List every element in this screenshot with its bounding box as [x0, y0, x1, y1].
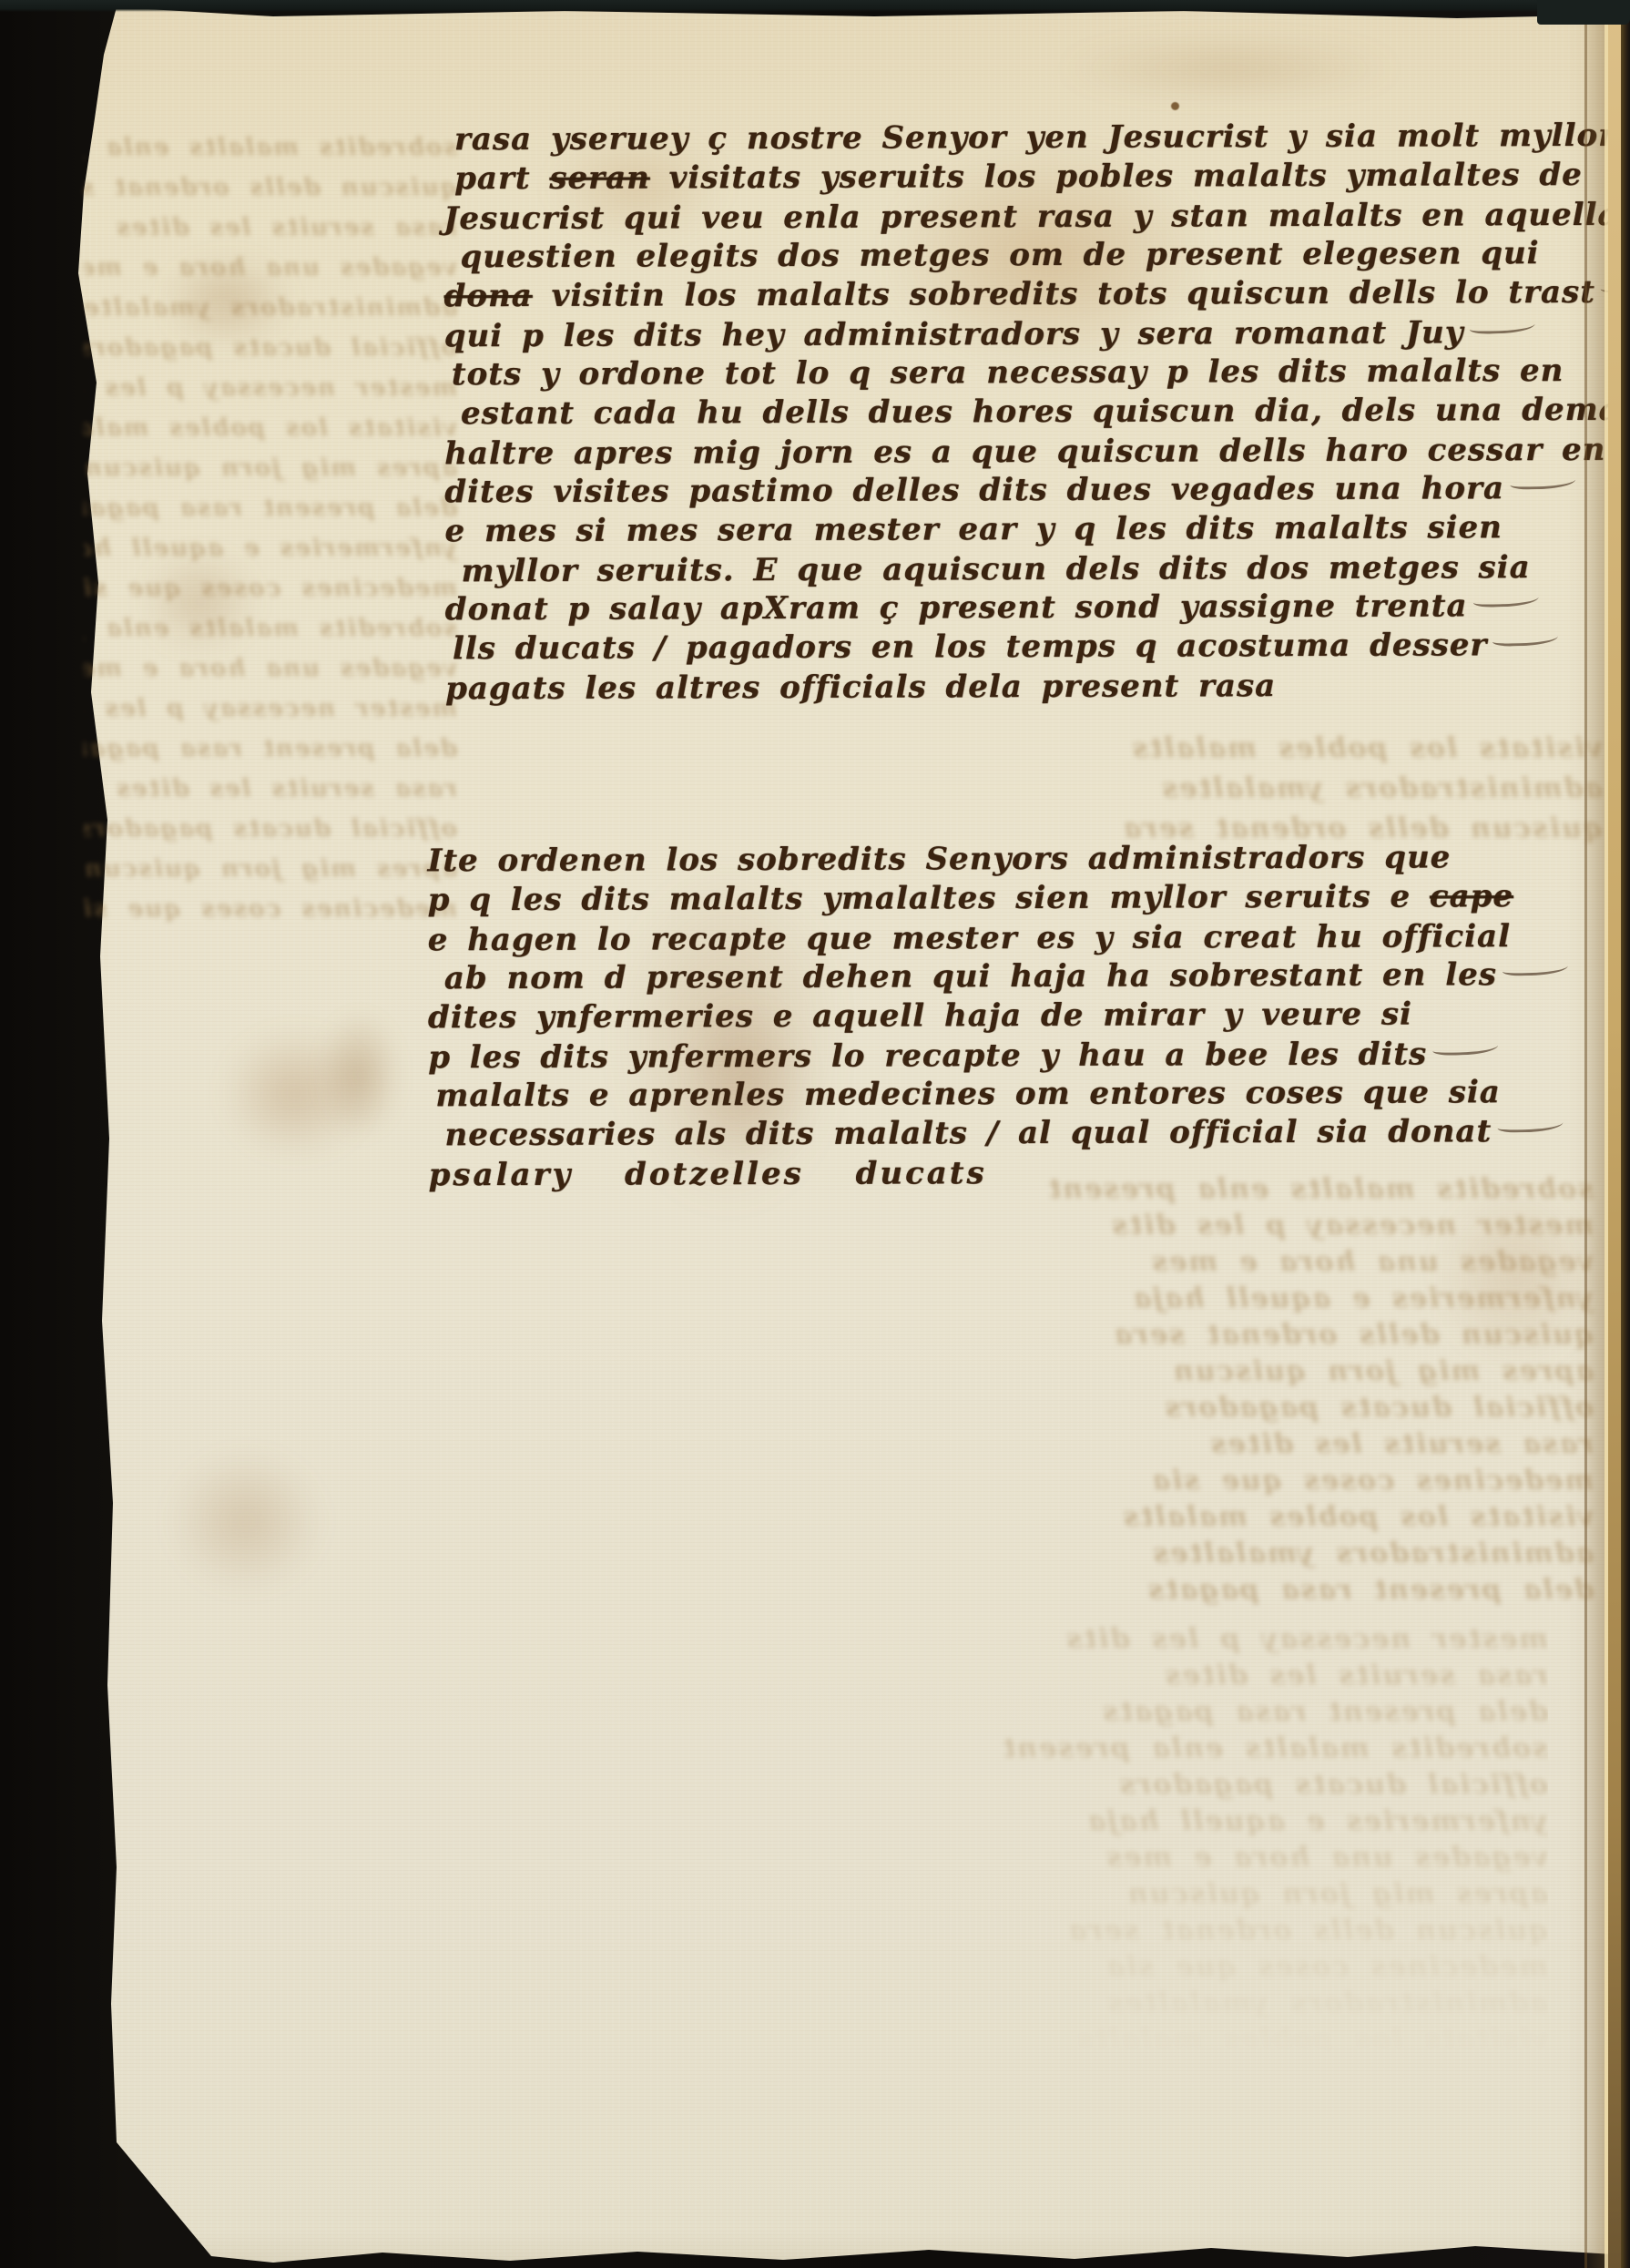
- handwriting-line: e mes si mes sera mester ear y q les dit…: [444, 508, 1628, 552]
- handwriting-line: donat p salay apXram ç present sond yass…: [445, 587, 1629, 630]
- page-curl-shading: [1587, 0, 1605, 2268]
- handwriting-line: p les dits ynfermers lo recapte y hau a …: [428, 1035, 1612, 1078]
- line-segment: p q les dits malalts ymalaltes sien myll…: [427, 878, 1429, 918]
- background-top-right-corner: [1537, 0, 1630, 25]
- handwriting-line: e hagen lo recapte que mester es y sia c…: [428, 917, 1612, 961]
- handwriting-line: haltre apres mig jorn es a que quiscun d…: [444, 431, 1628, 475]
- paragraph-1: rasa yseruey ç nostre Senyor yen Jesucri…: [443, 117, 1629, 709]
- handwriting-line: part seran visitats yseruits los pobles …: [454, 156, 1627, 199]
- edge-outer-shadow: [1621, 0, 1630, 2268]
- handwriting-line: qui p les dits hey administradors y sera…: [444, 313, 1628, 357]
- handwriting-line: myllor seruits. E que aquiscun dels dits…: [462, 548, 1629, 591]
- handwriting-line: dona visitin los malalts sobredits tots …: [443, 273, 1627, 317]
- handwriting-line: necessaries als dits malalts / al qual o…: [444, 1112, 1612, 1155]
- handwriting-line: dites visites pastimo delles dits dues v…: [444, 469, 1628, 513]
- ink-speck: [1171, 102, 1179, 110]
- page-edges-stack: [1608, 0, 1621, 2268]
- manuscript-scan: sobredits malalts enla present quiscun d…: [0, 0, 1630, 2268]
- book-fore-edge: [1584, 0, 1630, 2268]
- line-segment: part: [454, 160, 549, 197]
- handwriting-line: estant cada hu dells dues hores quiscun …: [461, 391, 1628, 434]
- background-top-strip: [0, 0, 1630, 12]
- struck-word: dona: [443, 278, 532, 314]
- handwriting-line: psalary dotzelles ducats: [429, 1152, 1613, 1196]
- handwriting-line: ab nom d present dehen qui haja ha sobre…: [444, 955, 1612, 998]
- line-segment: visitats yseruits los pobles malalts yma…: [650, 157, 1583, 197]
- handwriting-line: Ite ordenen los sobredits Senyors admini…: [427, 838, 1611, 882]
- handwriting-line: tots y ordone tot lo q sera necessay p l…: [452, 352, 1628, 395]
- handwriting-line: pagats les altres officials dela present…: [445, 666, 1629, 710]
- handwriting-line: dites ynfermeries e aquell haja de mirar…: [428, 995, 1612, 1038]
- handwriting-line: lls ducats / pagadors en los temps q aco…: [453, 626, 1629, 669]
- struck-word: cape: [1430, 878, 1513, 914]
- handwriting-line: rasa yseruey ç nostre Senyor yen Jesucri…: [454, 117, 1627, 159]
- handwriting-line: p q les dits malalts ymalaltes sien myll…: [427, 877, 1611, 921]
- handwriting-line: malalts e aprenles medecines om entores …: [435, 1073, 1612, 1117]
- paragraph-2: Ite ordenen los sobredits Senyors admini…: [427, 838, 1612, 1195]
- handwriting-line: Jesucrist qui veu enla present rasa y st…: [443, 196, 1627, 240]
- handwriting-line: questien elegits dos metges om de presen…: [460, 234, 1627, 277]
- line-segment: visitin los malalts sobredits tots quisc…: [533, 274, 1595, 314]
- struck-word: seran: [549, 159, 650, 196]
